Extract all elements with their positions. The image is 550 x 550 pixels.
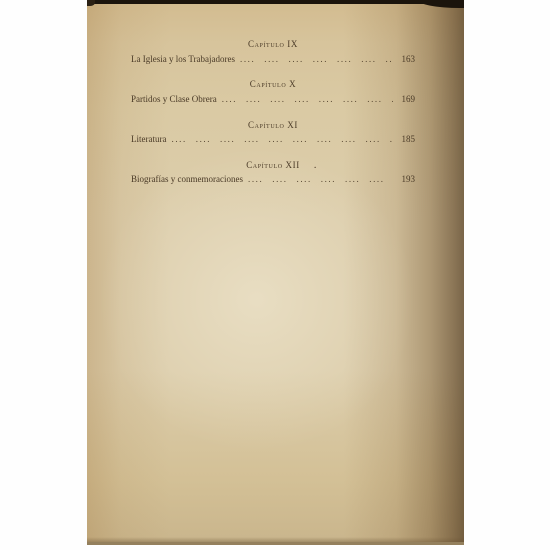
toc-entry-row: Biografías y conmemoraciones .... .... .… [131, 174, 415, 185]
chapter-heading-text: Capítulo XII [246, 160, 300, 170]
toc-entry-row: Literatura .... .... .... .... .... ....… [131, 134, 415, 145]
chapter-heading: Capítulo IX [131, 39, 415, 50]
scan-top-edge [87, 0, 464, 4]
stray-ink-mark: . [314, 160, 317, 171]
page-number: 193 [393, 174, 416, 185]
page-number: 185 [393, 134, 416, 145]
chapter-heading: Capítulo XI [131, 120, 415, 131]
dot-leader: .... .... .... .... .... .... .... .... … [243, 174, 393, 185]
toc-entry-row: Partidos y Clase Obrera .... .... .... .… [131, 94, 415, 105]
entry-title: La Iglesia y los Trabajadores [131, 54, 235, 65]
chapter-heading: Capítulo XII. [131, 160, 415, 171]
page-number: 169 [393, 94, 416, 105]
page-number: 163 [393, 54, 416, 65]
entry-title: Biografías y conmemoraciones [131, 174, 243, 185]
entry-title: Literatura [131, 134, 166, 145]
dot-leader: .... .... .... .... .... .... .... .... … [235, 54, 393, 65]
book-page: Capítulo IX La Iglesia y los Trabajadore… [87, 0, 464, 545]
scanned-image-canvas: Capítulo IX La Iglesia y los Trabajadore… [0, 0, 550, 550]
dot-leader: .... .... .... .... .... .... .... .... … [166, 134, 392, 145]
chapter-heading: Capítulo X [131, 79, 415, 90]
entry-title: Partidos y Clase Obrera [131, 94, 217, 105]
dot-leader: .... .... .... .... .... .... .... .... … [217, 94, 393, 105]
scan-top-right-corner-shadow [418, 0, 464, 8]
toc-entry-row: La Iglesia y los Trabajadores .... .... … [131, 54, 415, 65]
scan-bottom-edge [87, 537, 464, 545]
scan-top-left-shadow [87, 0, 95, 6]
